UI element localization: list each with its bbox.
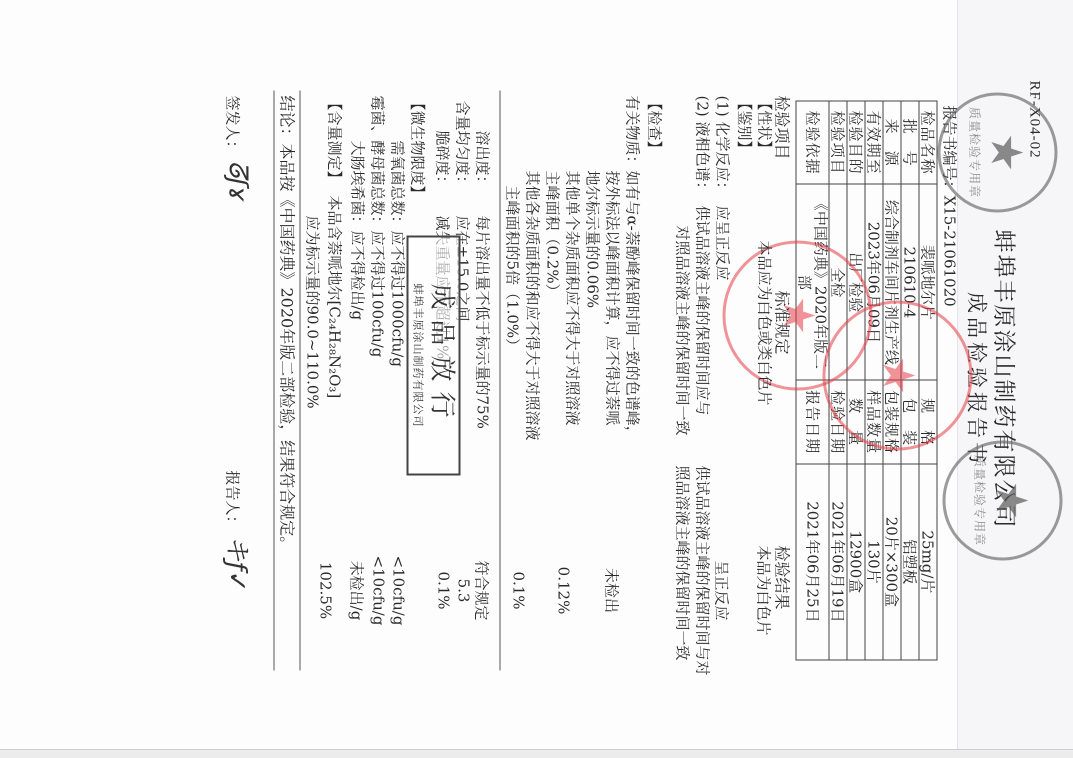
aerobic-result: <10cfu/g xyxy=(390,521,408,661)
total-impurity-2: 主峰面积的5倍（1.0%） xyxy=(503,186,523,354)
divider xyxy=(300,91,301,671)
star-icon: ★ xyxy=(876,356,920,395)
mold-standard: 应不得过100cfu/g xyxy=(368,231,388,358)
star-icon: ★ xyxy=(989,481,1033,520)
related-substances-result: 未检出 xyxy=(602,521,623,661)
info-label: 检验目的 xyxy=(847,101,865,184)
dissolution-result: 符合规定 xyxy=(472,521,493,661)
hplc-standard-2: 对照品溶液主峰的保留时间一致 xyxy=(673,226,693,436)
assay-result: 102.5% xyxy=(317,521,335,661)
chem-reaction-standard: 应呈正反应 xyxy=(713,206,733,281)
single-impurity-2: 主峰面积（0.2%） xyxy=(543,171,563,299)
aerobic-standard: 应不得过1000cfu/g xyxy=(388,231,408,367)
issuer-signature: ᘔʃɤ xyxy=(222,161,253,202)
ecoli-label: 大肠埃希菌： xyxy=(348,141,368,231)
total-impurity-result: 0.1% xyxy=(510,521,528,661)
info-value: 2021年06月25日 xyxy=(796,464,829,660)
column-header-standard: 标准规定 xyxy=(772,291,795,355)
info-value: 20片×300盒 xyxy=(883,464,901,660)
info-label: 批 号 xyxy=(901,101,919,184)
info-value: 130片 xyxy=(865,464,883,660)
reporter-label: 报告人： xyxy=(223,471,243,531)
friability-label: 脆碎度： xyxy=(433,131,453,191)
single-impurity-1: 其他单个杂质面积应不得大于对照溶液 xyxy=(563,171,583,426)
aerobic-label: 需氧菌总数： xyxy=(388,141,408,231)
issuer-label: 签发人： xyxy=(223,96,243,156)
info-label: 有效期至 xyxy=(865,101,883,184)
appearance-heading: 【性状】 xyxy=(755,96,775,156)
conclusion: 结论：本品按《中国药典》2020年版二部检验，结果符合规定。 xyxy=(277,96,297,553)
stamp-text: 质量检验专用章 xyxy=(972,455,989,546)
hplc-label: (2) 液相色谱： xyxy=(693,96,713,197)
hplc-result-2: 照品溶液主峰的保留时间一致 xyxy=(673,466,693,661)
assay-standard-1: 本品含萘哌地尔[C₂₄H₂₈N₂O₃] xyxy=(325,196,345,399)
ecoli-standard: 应不得检出/g xyxy=(348,231,368,321)
tests-heading: 【检查】 xyxy=(645,96,665,156)
divider xyxy=(274,91,275,671)
dissolution-standard: 每片溶出量不低于标示量的75% xyxy=(473,216,493,429)
release-stamp-title: 成品放行 xyxy=(427,244,457,468)
mold-label: 霉菌、酵母菌总数： xyxy=(368,96,388,231)
hplc-result-1: 供试品溶液主峰的保留时间与对 xyxy=(693,466,713,676)
inspection-report-page: RF-X04-02 蚌埠丰原涂山制药有限公司 成品检验报告书 报告书编号：X15… xyxy=(0,1,1073,758)
related-substances-2: 按外标法以峰面积计算，应不得过萘哌 xyxy=(603,171,623,426)
info-value: 铝塑板 xyxy=(901,464,919,660)
column-header-result: 检验结果 xyxy=(772,546,795,610)
appearance-standard: 本品应为白色或类白色片 xyxy=(755,241,775,406)
appearance-result: 本品为白色片 xyxy=(754,521,775,661)
qa-stamp-right: ★ 质量检验专用章 xyxy=(943,441,1063,561)
reporter-signature: キƒ✓ xyxy=(221,536,258,593)
release-stamp-company: 蚌埠丰原涂山制药有限公司 xyxy=(411,244,427,468)
related-substances-1: 如有与α-萘酚峰保留时间一致的色谱峰， xyxy=(623,171,643,441)
stamp-text: 质量检验专用章 xyxy=(967,107,984,198)
friability-result: 0.1% xyxy=(435,521,453,661)
microbial-heading: 【微生物限度】 xyxy=(408,96,428,201)
column-header-item: 检验项目 xyxy=(772,96,795,160)
release-stamp: 成品放行 蚌埠丰原涂山制药有限公司 xyxy=(407,236,461,476)
total-impurity-1: 其他各杂质面积的和应不得大于对照溶液 xyxy=(523,171,543,441)
assay-heading: 【含量测定】 xyxy=(325,96,345,186)
mold-result: <10cfu/g xyxy=(370,521,388,661)
chem-reaction-result: 呈正反应 xyxy=(712,521,733,661)
info-label: 检验项目 xyxy=(829,101,847,184)
info-value: 2021年06月19日 xyxy=(829,464,847,660)
uniformity-result: 5.3 xyxy=(455,521,473,661)
related-substances-label: 有关物质： xyxy=(623,96,643,171)
info-label: 检品名称 xyxy=(919,101,937,184)
related-substances-3: 地尔标示量的0.06% xyxy=(583,171,603,309)
info-label: 检验依据 xyxy=(796,101,829,184)
identification-heading: 【鉴别】 xyxy=(735,96,755,156)
single-impurity-result: 0.12% xyxy=(555,521,573,661)
star-icon: ★ xyxy=(984,133,1028,172)
ecoli-result: 未检出/g xyxy=(347,521,368,661)
chem-reaction-label: (1) 化学反应： xyxy=(713,96,733,197)
info-value: 12900盒 xyxy=(847,464,865,660)
report-number-value: X15-21061020 xyxy=(941,196,959,307)
info-value: 25mg/片 xyxy=(919,464,937,660)
red-stamp-2: ★ xyxy=(723,241,873,391)
dissolution-label: 溶出度： xyxy=(473,131,493,191)
hplc-standard-1: 供试品溶液主峰的保留时间应与 xyxy=(693,206,713,416)
divider xyxy=(500,91,501,671)
info-label: 来 源 xyxy=(883,101,901,184)
uniformity-label: 含量均匀度： xyxy=(453,101,473,191)
qa-stamp-left: ★ 质量检验专用章 xyxy=(938,93,1058,213)
assay-standard-2: 应为标示量的90.0~110.0% xyxy=(303,216,323,409)
